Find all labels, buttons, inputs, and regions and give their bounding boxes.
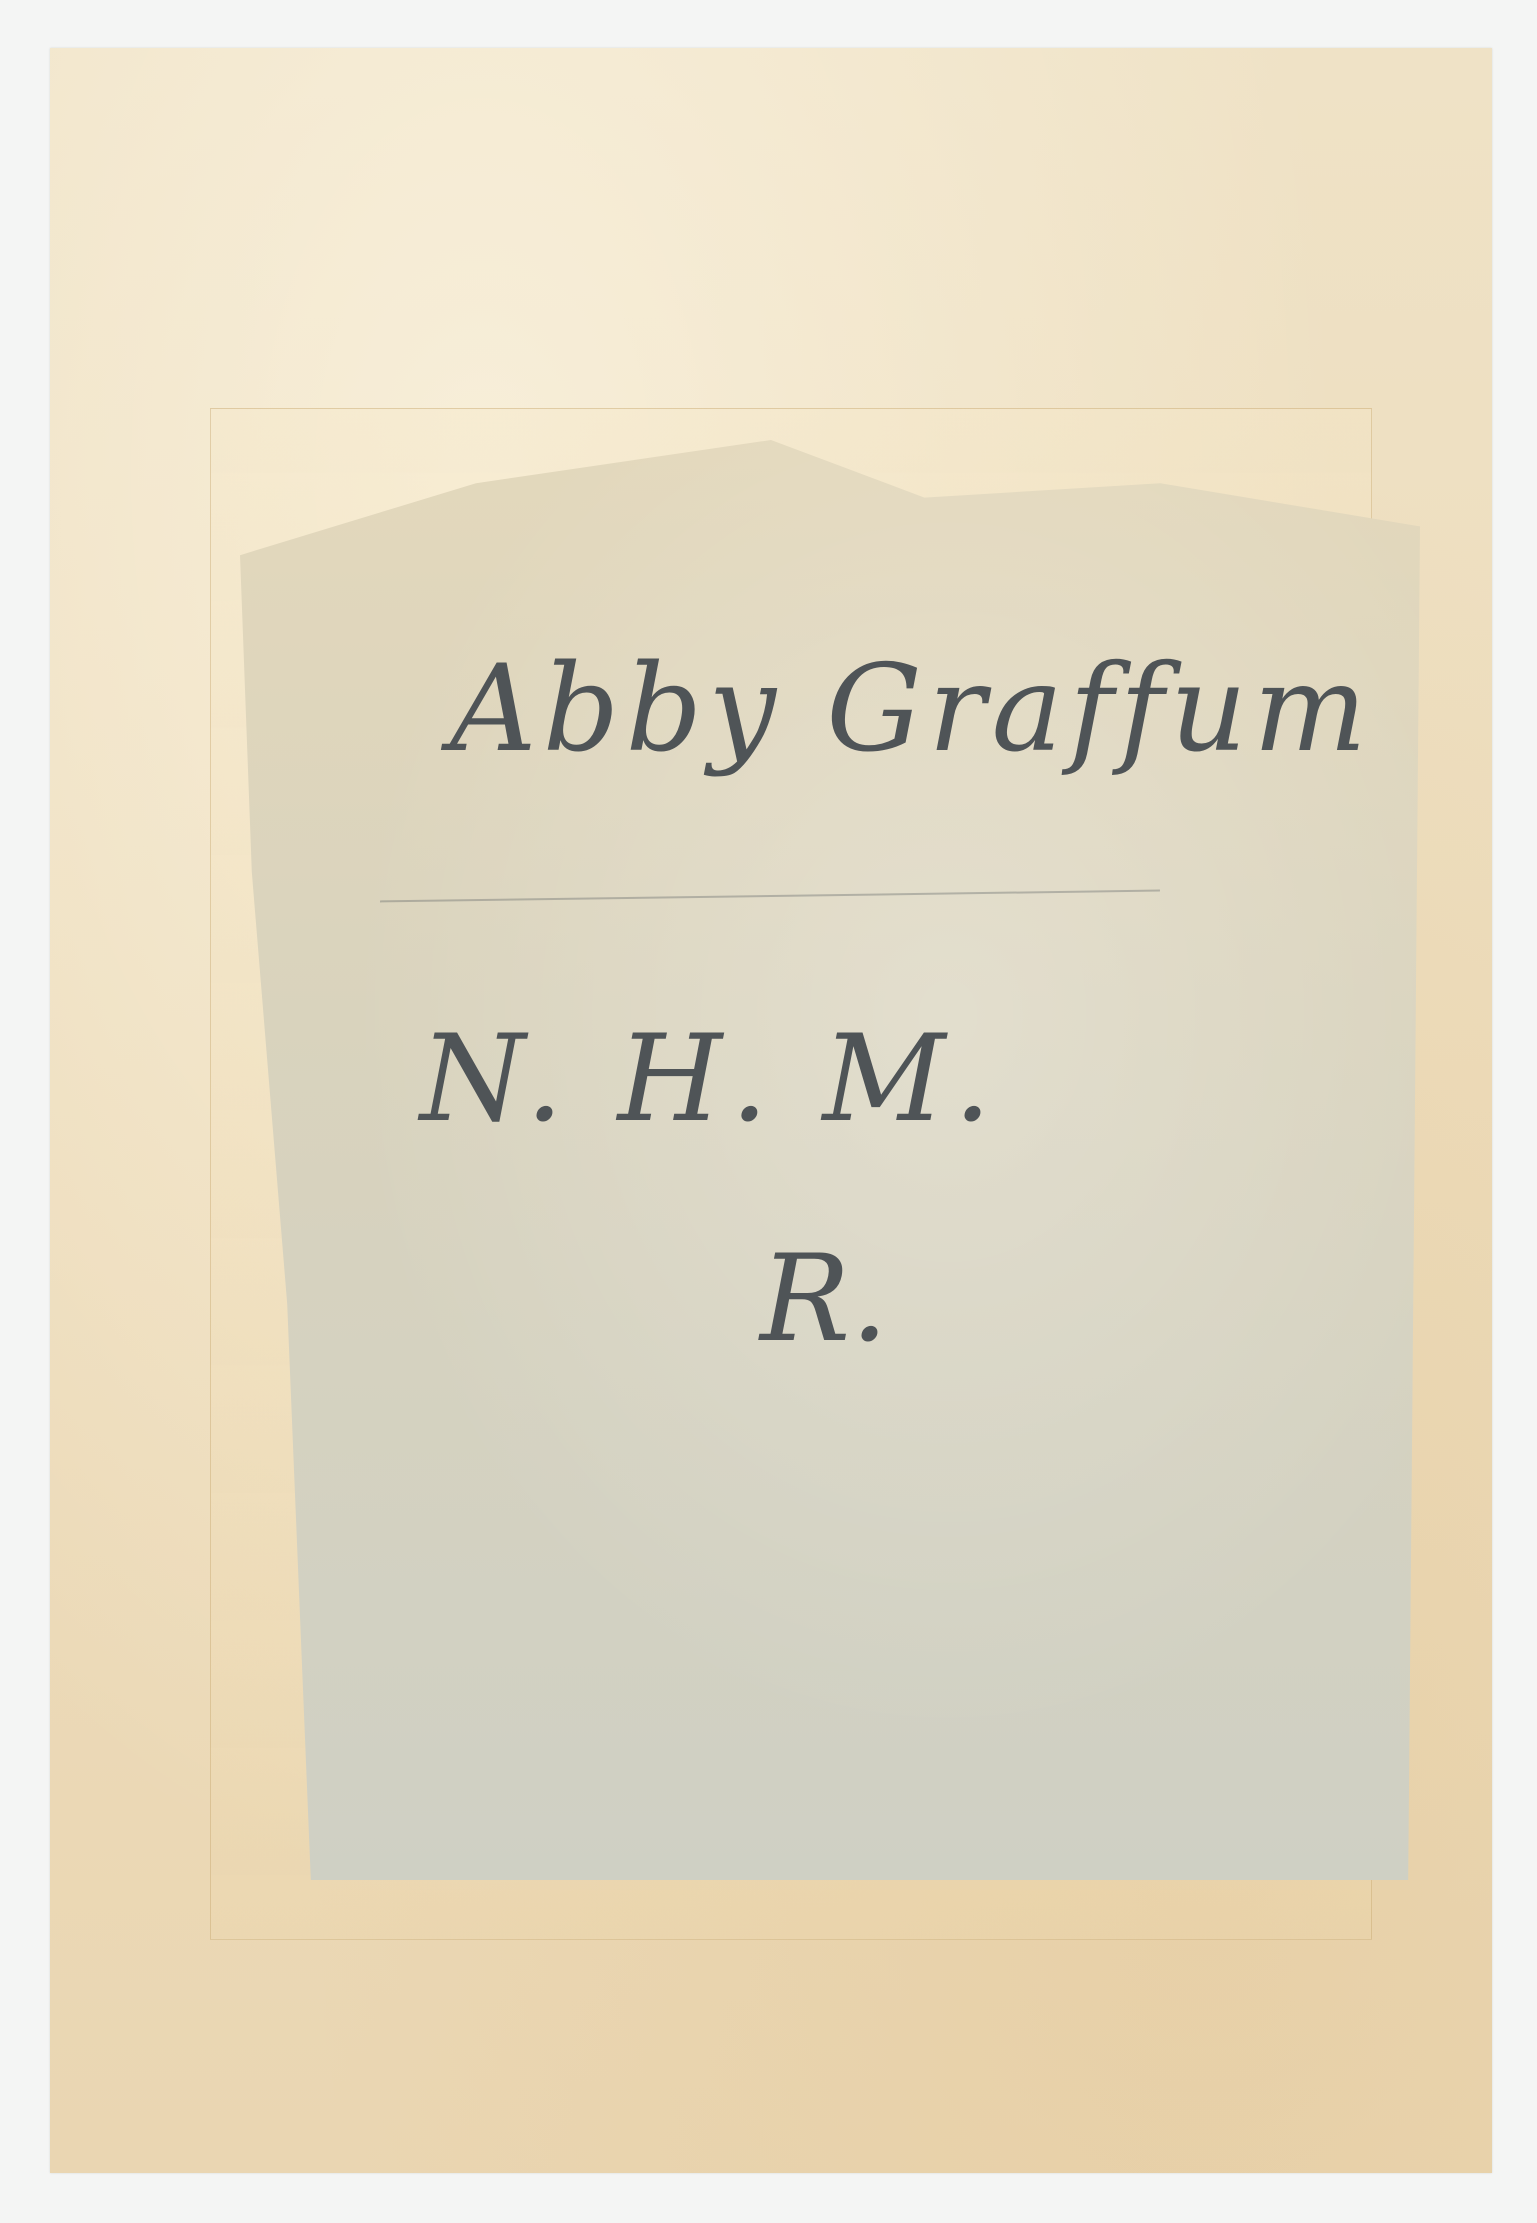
handwritten-name: Abby Graffum	[450, 640, 1373, 779]
handwritten-line-2: N. H. M.	[420, 1010, 1000, 1149]
handwritten-line-3: R.	[760, 1230, 889, 1369]
